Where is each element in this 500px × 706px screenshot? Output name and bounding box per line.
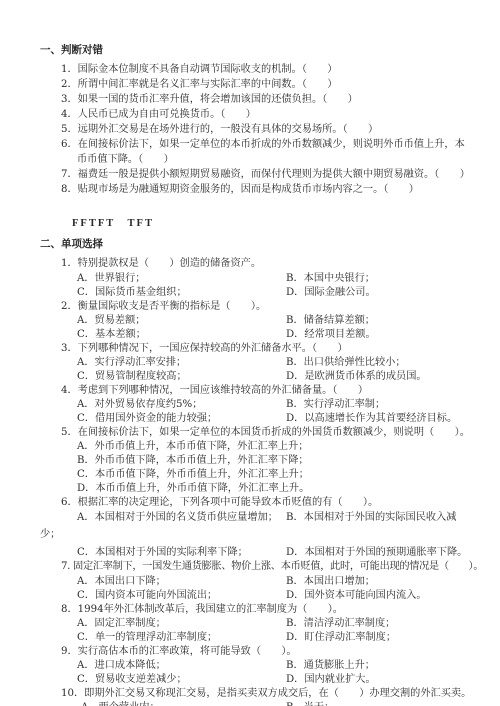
q4-option-a: A．对外贸易依存度约5%； [77,398,202,411]
q7-option-c: C．国内资本可能向外国流出； [77,589,217,602]
q4-option-b: B．实行浮动汇率制； [286,398,385,411]
q5-option-c: C．本币币值下降，外币币值上升，外汇汇率上升； [77,468,309,481]
q1-option-b: B．本国中央银行； [286,272,375,285]
document-page: 一、判断对错 1．国际金本位制度不具备自动调节国际收支的机制。（ ） 2．所谓中… [0,0,500,706]
q1-option-a: A．世界银行； [77,272,145,285]
q1-stem: 1．特别提款权是（ ）创造的储备资产。 [61,257,261,270]
q6-option-d: D．本国相对于外国的预期通胀率下降。 [286,546,467,559]
q6-option-b: B．本国相对于外国的实际国民收入减 [286,511,457,524]
q9-option-a: A．进口成本降低； [77,659,166,672]
q5-option-b: B．外币币值下降，本币币值上升，外汇汇率下降； [77,454,309,467]
q7-stem: 7. 固定汇率制下，一国发生通货膨胀、物价上涨、本币贬值，此时，可能出现的情况是… [61,560,483,573]
q2-option-c: C．基本差额； [77,328,146,341]
q4-stem: 4．考虑到下列哪种情况，一国应该维持较高的外汇储备量。（ ） [61,384,368,397]
q10-option-a: A．两个营业内； [81,701,160,706]
q7-option-a: A．本国出口下降； [77,575,166,588]
q6-option-b-cont: 少； [40,528,60,541]
q7-option-d: D．国外资本可能向国内流入。 [286,589,427,602]
q2-stem: 2．衡量国际收支是否平衡的指标是（ ）。 [61,300,266,313]
q8-option-d: D．盯住浮动汇率制度； [286,631,396,644]
q3-stem: 3．下列哪种情况下，一国应保持较高的外汇储备水平。（ ） [61,342,348,355]
q9-option-b: B．通货膨胀上升； [286,659,375,672]
section-title-single-choice: 二、单项选择 [40,236,103,251]
q5-option-a: A．外币币值上升，本币币值下降，外汇汇率上升； [77,440,308,453]
q5-option-d: D．本币币值上升，外币币值下降，外汇汇率上升。 [77,482,309,495]
q3-option-a: A．实行浮动汇率安排； [77,356,186,369]
q7-option-b: B．本国出口增加； [286,575,375,588]
q1-option-d: D．国际金融公司。 [286,286,376,299]
q9-option-c: C．贸易收支逆差减少； [77,673,187,686]
tf-item-3: 3．如果一国的货币汇率升值，将会增加该国的还债负担。（ ） [61,93,358,106]
q3-option-c: C．贸易管制程度较高； [77,370,187,383]
q3-option-b: B．出口供给弹性比较小； [286,356,406,369]
q4-option-c: C．借用国外资金的能力较强； [77,412,217,425]
q6-option-c: C．本国相对于外国的实际利率下降； [77,546,248,559]
q8-option-c: C．单一的管理浮动汇率制度； [77,631,217,644]
tf-item-6: 6．在间接标价法下，如果一定单位的本币折成的外币数额减少，则说明外币币值上升，本 [61,138,465,151]
section-title-true-false: 一、判断对错 [40,42,103,57]
q6-option-a: A．本国相对于外国的名义货币供应量增加； [77,511,278,524]
tf-item-8: 8．贴现市场是为融通短期资金服务的，因而是构成货币市场内容之一。（ ） [61,183,419,196]
q4-option-d: D．以高速增长作为其首要经济目标。 [286,412,457,425]
tf-item-1: 1．国际金本位制度不具备自动调节国际收支的机制。（ ） [61,63,337,76]
q8-option-a: A．固定汇率制度； [77,617,166,630]
q8-option-b: B．清洁浮动汇率制度； [286,617,395,630]
q1-option-c: C．国际货币基金组织； [77,286,187,299]
tf-item-7: 7．福费廷一般是提供小额短期贸易融资，而保付代理则为提供大额中期贸易融资。（ ） [61,168,470,181]
tf-item-2: 2．所谓中间汇率就是名义汇率与实际汇率的中间数。（ ） [61,78,337,91]
q5-stem: 5．在间接标价法下，如果一定单位的本国货币折成的外国货币数额减少，则说明（ ）。 [61,426,470,439]
q2-option-d: D．经常项目差额。 [286,328,376,341]
q10-option-b: B．当天； [286,701,334,706]
q2-option-a: A．贸易差额； [77,314,145,327]
q9-stem: 9．实行高估本币的汇率政策，将可能导致（ ）。 [61,645,297,658]
q9-option-d: D．国内就业扩大。 [286,673,376,686]
q8-stem: 8．1994年外汇体制改革后，我国建立的汇率制度为（ ）。 [61,603,343,616]
tf-item-6-cont: 币币值下降。（ ） [77,153,174,166]
q6-stem: 6．根据汇率的决定理论，下列各项中可能导致本币贬值的有（ ）。 [61,496,378,509]
tf-item-5: 5．远期外汇交易是在场外进行的，一般没有具体的交易场所。（ ） [61,123,378,136]
q2-option-b: B．储备结算差额； [286,314,375,327]
q3-option-d: D．是欧洲货币体系的成员国。 [286,370,427,383]
q10-stem: 10．即期外汇交易又称现汇交易，是指买卖双方成交后，在（ ）办理交割的外汇买卖。 [61,687,471,700]
answer-key: FFTFT TFT [72,215,154,230]
tf-item-4: 4．人民币已成为自由可兑换货币。（ ） [61,108,256,121]
